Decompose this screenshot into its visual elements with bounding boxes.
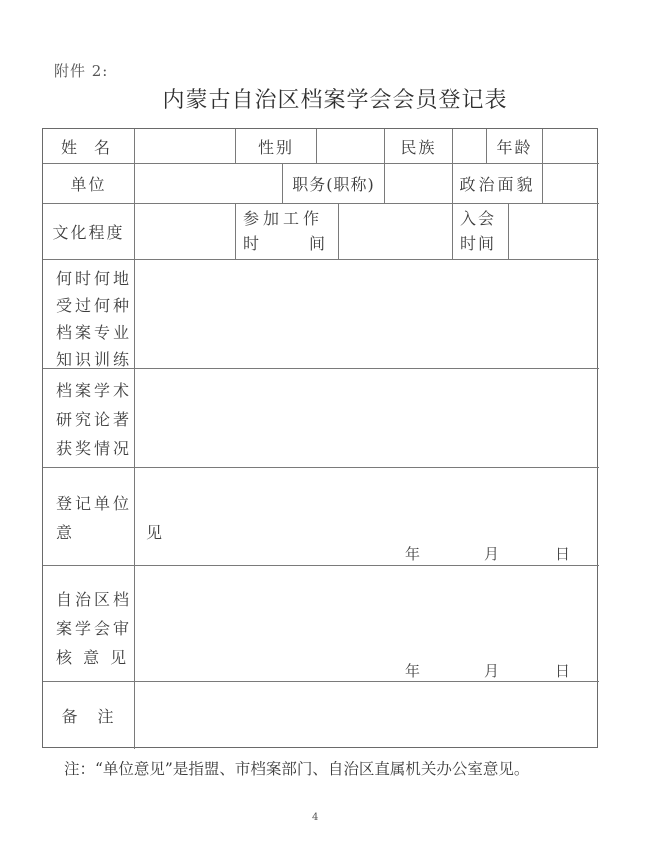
training-label-line: 知识训练 xyxy=(56,346,132,373)
society-review-label: 自治区档 案学会审 核 意 见 xyxy=(56,585,132,672)
footnote: 注：“单位意见”是指盟、市档案部门、自治区直属机关办公室意见。 xyxy=(64,757,529,779)
society-review-year: 年 xyxy=(405,660,420,681)
unit-opinion-month: 月 xyxy=(484,543,499,564)
age-label: 年龄 xyxy=(487,129,542,163)
research-label-line: 获奖情况 xyxy=(56,434,132,463)
training-label-line: 档案专业 xyxy=(56,319,132,346)
research-field[interactable] xyxy=(135,369,599,467)
unit-opinion-field[interactable] xyxy=(135,468,599,565)
work-start-label-line1: 参加工作 xyxy=(243,206,331,231)
research-label-line: 研究论著 xyxy=(56,405,132,434)
gender-label: 性别 xyxy=(236,129,316,163)
remarks-label: 备 注 xyxy=(43,682,134,749)
training-field[interactable] xyxy=(135,260,599,368)
remarks-field[interactable] xyxy=(135,682,599,749)
research-label: 档案学术 研究论著 获奖情况 xyxy=(56,376,132,463)
unit-opinion-year: 年 xyxy=(405,543,420,564)
age-field[interactable] xyxy=(543,129,599,163)
position-field[interactable] xyxy=(385,163,452,203)
name-label: 姓 名 xyxy=(43,129,134,163)
join-date-label: 入会 时间 xyxy=(460,206,496,256)
political-status-field[interactable] xyxy=(543,163,599,203)
col-divider xyxy=(452,203,453,259)
page-number: 4 xyxy=(312,812,318,823)
attachment-label: 附件 2: xyxy=(54,60,108,81)
ethnicity-label: 民族 xyxy=(385,129,452,163)
education-field[interactable] xyxy=(135,203,235,259)
position-label: 职务(职称) xyxy=(283,163,384,203)
political-status-label: 政治面貌 xyxy=(453,163,542,203)
society-review-day: 日 xyxy=(555,660,570,681)
society-review-label-line: 核 意 见 xyxy=(56,643,132,672)
gender-field[interactable] xyxy=(317,129,384,163)
join-date-label-line1: 入会 xyxy=(460,206,496,231)
work-start-label-line2: 时 间 xyxy=(243,231,331,256)
unit-opinion-day: 日 xyxy=(555,543,570,564)
name-field[interactable] xyxy=(135,129,235,163)
research-label-line: 档案学术 xyxy=(56,376,132,405)
page-title: 内蒙古自治区档案学会会员登记表 xyxy=(0,83,650,114)
col-divider xyxy=(235,203,236,259)
join-date-label-line2: 时间 xyxy=(460,231,496,256)
work-start-field[interactable] xyxy=(339,203,452,259)
society-review-label-line: 案学会审 xyxy=(56,614,132,643)
unit-field[interactable] xyxy=(135,163,282,203)
training-label-line: 受过何种 xyxy=(56,292,132,319)
society-review-field[interactable] xyxy=(135,566,599,681)
society-review-month: 月 xyxy=(484,660,499,681)
join-date-field[interactable] xyxy=(509,203,599,259)
training-label-line: 何时何地 xyxy=(56,265,132,292)
registration-form-table: 姓 名 性别 民族 年龄 单位 职务(职称) 政治面貌 文化程度 参加工作 时 … xyxy=(42,128,598,748)
society-review-label-line: 自治区档 xyxy=(56,585,132,614)
training-label: 何时何地 受过何种 档案专业 知识训练 xyxy=(56,265,132,373)
ethnicity-field[interactable] xyxy=(453,129,486,163)
education-label: 文化程度 xyxy=(43,203,134,259)
unit-label: 单位 xyxy=(43,163,134,203)
work-start-label: 参加工作 时 间 xyxy=(243,206,331,256)
